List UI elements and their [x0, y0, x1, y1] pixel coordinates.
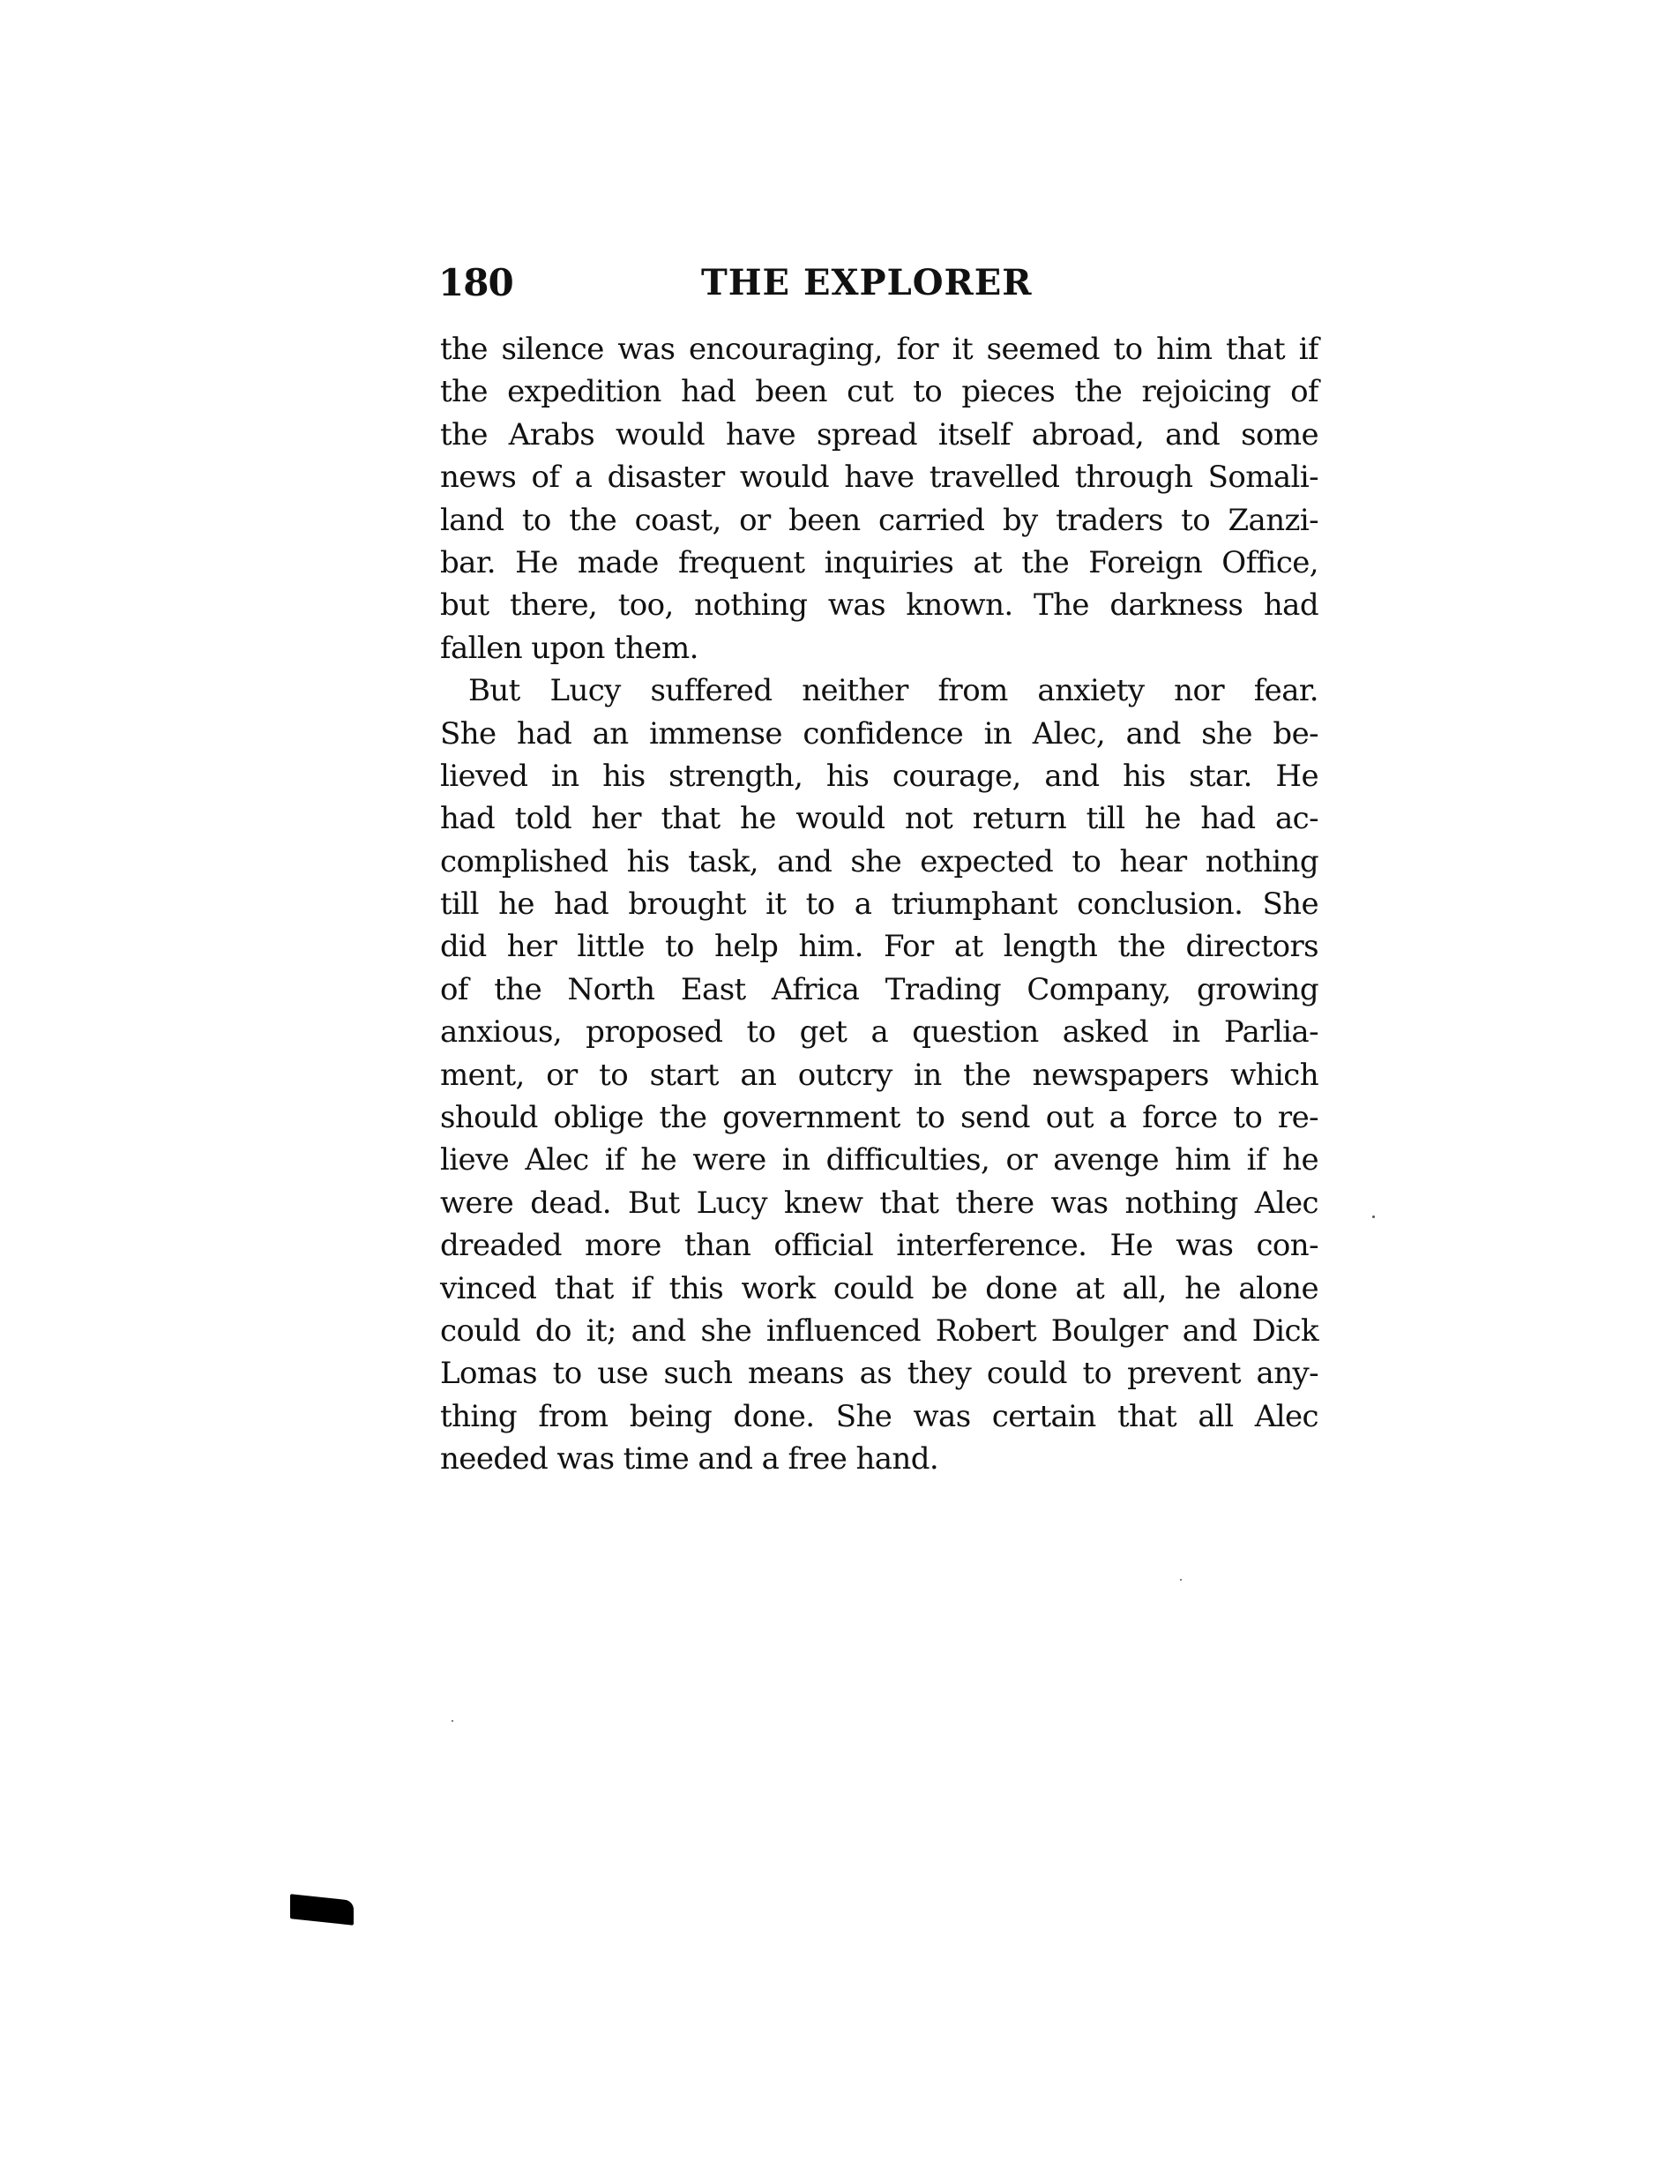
text-line: of the North East Africa Trading Company…	[440, 969, 1318, 1011]
page-number: 180	[438, 261, 513, 305]
text-line: needed was time and a free hand.	[440, 1438, 1318, 1480]
text-line: the silence was encouraging, for it seem…	[440, 328, 1318, 370]
text-line: Lomas to use such means as they could to…	[440, 1352, 1318, 1395]
scan-speck	[1180, 1579, 1182, 1581]
scan-speck	[452, 1720, 453, 1722]
text-line: ment, or to start an outcry in the newsp…	[440, 1054, 1318, 1096]
text-line: had told her that he would not return ti…	[440, 797, 1318, 840]
text-line: dreaded more than official interference.…	[440, 1224, 1318, 1267]
text-line: But Lucy suffered neither from anxiety n…	[440, 669, 1318, 712]
text-line: the Arabs would have spread itself abroa…	[440, 414, 1318, 456]
text-line: vinced that if this work could be done a…	[440, 1268, 1318, 1310]
text-line: lieve Alec if he were in difficulties, o…	[440, 1139, 1318, 1181]
text-line: land to the coast, or been carried by tr…	[440, 499, 1318, 542]
scan-artifact-blot	[290, 1894, 354, 1926]
text-line: should oblige the government to send out…	[440, 1096, 1318, 1139]
text-line: lieved in his strength, his courage, and…	[440, 755, 1318, 797]
text-line: complished his task, and she expected to…	[440, 841, 1318, 883]
scan-speck	[1372, 1215, 1375, 1218]
text-line: the expedition had been cut to pieces th…	[440, 370, 1318, 413]
text-line: did her little to help him. For at lengt…	[440, 925, 1318, 968]
text-line: news of a disaster would have travelled …	[440, 456, 1318, 498]
text-line: fallen upon them.	[440, 627, 1318, 669]
text-line: thing from being done. She was certain t…	[440, 1395, 1318, 1438]
text-line: bar. He made frequent inquiries at the F…	[440, 542, 1318, 584]
text-line: were dead. But Lucy knew that there was …	[440, 1182, 1318, 1224]
text-line: till he had brought it to a triumphant c…	[440, 883, 1318, 925]
text-line: anxious, proposed to get a question aske…	[440, 1011, 1318, 1053]
body-text: the silence was encouraging, for it seem…	[440, 328, 1318, 1481]
running-title: THE EXPLORER	[701, 261, 1056, 305]
text-line: could do it; and she influenced Robert B…	[440, 1310, 1318, 1352]
text-line: but there, too, nothing was known. The d…	[440, 584, 1318, 626]
text-line: She had an immense confidence in Alec, a…	[440, 713, 1318, 755]
